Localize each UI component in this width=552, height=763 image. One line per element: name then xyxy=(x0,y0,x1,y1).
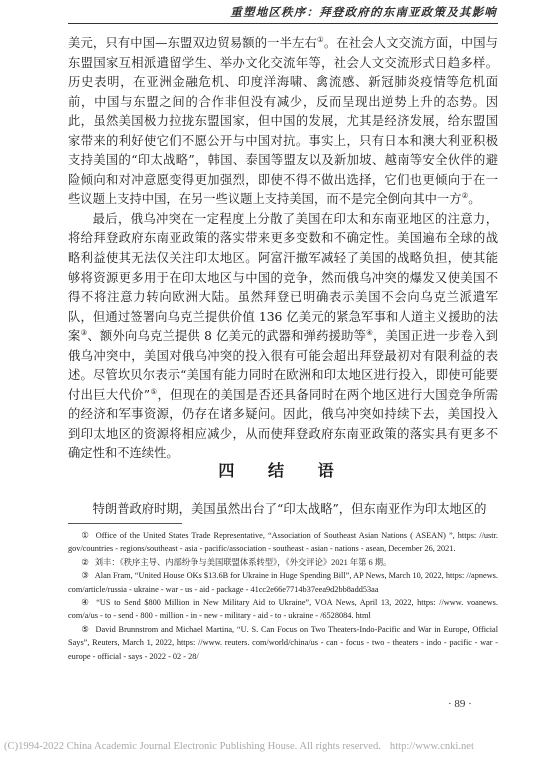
footnote-ref-1[interactable]: ① xyxy=(317,35,324,44)
footnote-number: ② xyxy=(81,558,88,567)
footnote-4: ④“US to Send $800 Million in New Militar… xyxy=(68,596,498,623)
running-header: 重塑地区秩序：拜登政府的东南亚政策及其影响 xyxy=(68,4,497,22)
cnki-link[interactable]: http://www.cnki.net xyxy=(390,741,474,752)
footnote-number: ③ xyxy=(81,571,89,580)
footnote-number: ④ xyxy=(81,598,90,607)
footnote-divider xyxy=(68,523,182,524)
footnote-number: ① xyxy=(81,531,89,540)
section-heading: 四 结 语 xyxy=(68,458,498,481)
header-divider xyxy=(68,23,498,24)
paragraph-1: 美元，只有中国—东盟双边贸易额的一半左右①。在社会人文交流方面，中国与东盟国家互… xyxy=(68,34,498,210)
paragraph-2: 最后，俄乌冲突在一定程度上分散了美国在印太和东南亚地区的注意力，将给拜登政府东南… xyxy=(68,210,498,464)
text-segment: 。 xyxy=(468,192,480,206)
footnote-3: ③Alan Fram, “United House OKs $13.6B for… xyxy=(68,569,498,596)
footnote-5: ⑤David Brunnstrom and Michael Martina, “… xyxy=(68,623,498,663)
copyright-footer: (C)1994-2022 China Academic Journal Elec… xyxy=(4,741,552,752)
body-text: 美元，只有中国—东盟双边贸易额的一半左右①。在社会人文交流方面，中国与东盟国家互… xyxy=(68,34,498,464)
footnotes: ①Office of the United States Trade Repre… xyxy=(68,529,498,663)
page-number: · 89 · xyxy=(448,698,472,710)
footnote-number: ⑤ xyxy=(81,625,89,634)
copyright-text: (C)1994-2022 China Academic Journal Elec… xyxy=(4,741,381,752)
text-segment: 美元，只有中国—东盟双边贸易额的一半左右 xyxy=(68,36,317,50)
footnote-text: Office of the United States Trade Repres… xyxy=(68,531,498,553)
section-first-paragraph: 特朗普政府时期，美国虽然出台了“印太战略”，但东南亚作为印太地区的 xyxy=(68,500,498,520)
text-segment: 最后，俄乌冲突在一定程度上分散了美国在印太和东南亚地区的注意力，将给拜登政府东南… xyxy=(68,212,498,343)
footnote-text: 刘丰：《秩序主导、内部纷争与美国联盟体系转型》，《外交评论》2021 年第 6 … xyxy=(95,558,392,567)
footnote-text: Alan Fram, “United House OKs $13.6B for … xyxy=(68,571,498,593)
text-segment: 、额外向乌克兰提供 8 亿美元的武器和弹药援助等 xyxy=(87,329,366,343)
footnote-text: David Brunnstrom and Michael Martina, “U… xyxy=(68,625,498,661)
footnote-2: ②刘丰：《秩序主导、内部纷争与美国联盟体系转型》，《外交评论》2021 年第 6… xyxy=(68,556,498,569)
text-segment: 。在社会人文交流方面，中国与东盟国家互相派遣留学生、举办文化交流年等，社会人文交… xyxy=(68,36,498,206)
footnote-text: “US to Send $800 Million in New Military… xyxy=(68,598,498,620)
footnote-1: ①Office of the United States Trade Repre… xyxy=(68,529,498,556)
